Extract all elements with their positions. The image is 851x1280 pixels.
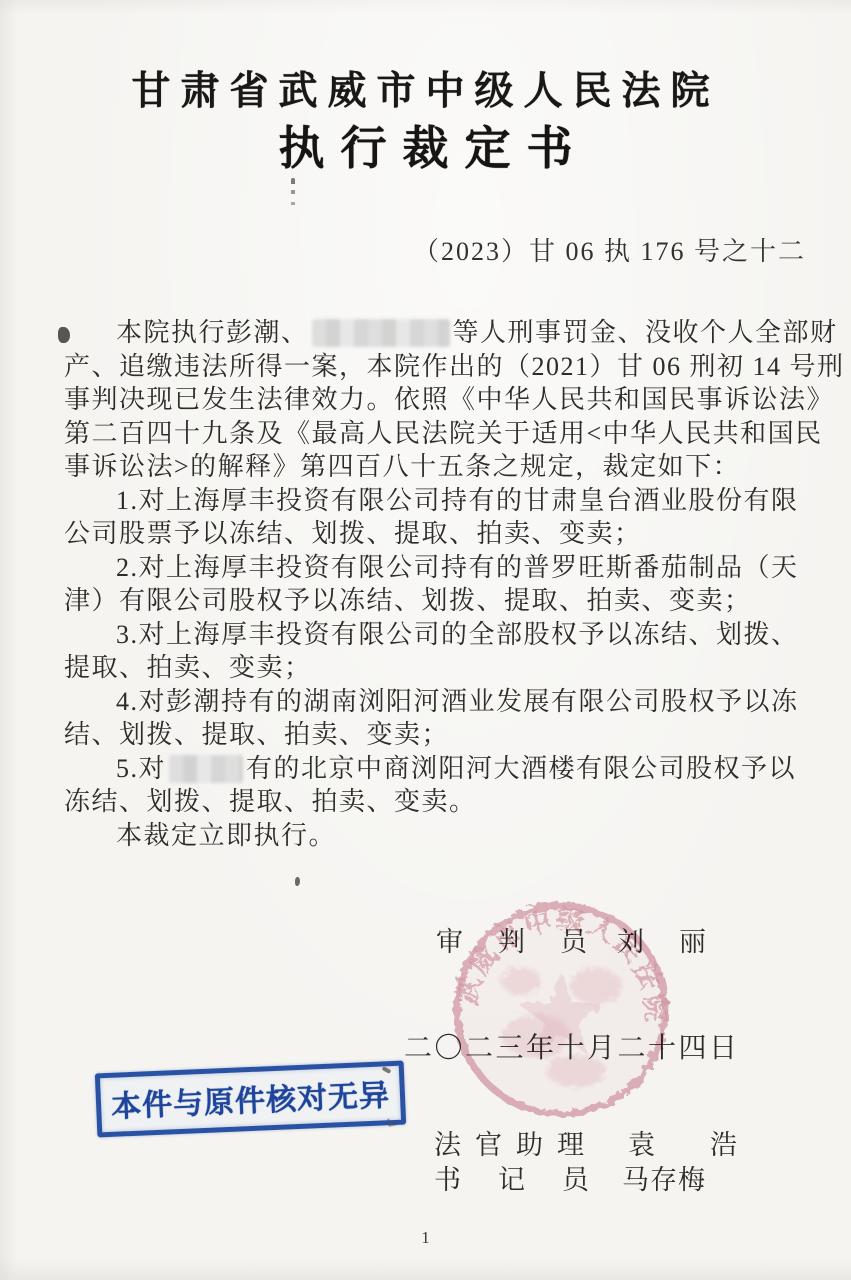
body-line: 3.对上海厚丰投资有限公司的全部股权予以冻结、划拨、 bbox=[64, 618, 794, 652]
body-line-text: 有的北京中商浏阳河大酒楼有限公司股权予以 bbox=[246, 754, 796, 783]
body-line-text: 3.对上海厚丰投资有限公司的全部股权予以冻结、划拨、 bbox=[116, 620, 799, 649]
body-line: 结、划拨、提取、拍卖、变卖； bbox=[64, 718, 794, 752]
body-line-text: 事诉讼法>的解释》第四百八十五条之规定，裁定如下： bbox=[64, 452, 740, 481]
body-line-text: 公司股票予以冻结、划拨、提取、拍卖、变卖； bbox=[64, 519, 642, 548]
body-line-text: 5.对 bbox=[116, 754, 166, 783]
ink-dot-artifact bbox=[295, 877, 300, 886]
body-line-text: 本院执行彭潮、 bbox=[116, 318, 309, 347]
body-line: 津）有限公司股权予以冻结、划拨、提取、拍卖、变卖； bbox=[64, 584, 794, 618]
scanned-court-document: 甘肃省武威市中级人民法院 执行裁定书 （2023）甘 06 执 176 号之十二… bbox=[0, 0, 851, 1280]
body-line-text: 结、划拨、提取、拍卖、变卖； bbox=[64, 720, 449, 749]
redaction-blur bbox=[169, 755, 243, 783]
body-text: 本院执行彭潮、等人刑事罚金、没收个人全部财产、追缴违法所得一案，本院作出的（20… bbox=[64, 316, 794, 852]
body-line: 5.对有的北京中商浏阳河大酒楼有限公司股权予以 bbox=[64, 752, 794, 786]
clerk-signature-row: 书 记 员马存梅 bbox=[434, 1158, 706, 1197]
body-line-text: 等人刑事罚金、没收个人全部财 bbox=[453, 318, 838, 347]
clerk-name: 马存梅 bbox=[622, 1165, 706, 1195]
court-title: 甘肃省武威市中级人民法院 bbox=[0, 60, 851, 116]
body-line-text: 本裁定立即执行。 bbox=[116, 821, 336, 850]
body-line-text: 产、追缴违法所得一案，本院作出的（2021）甘 06 刑初 14 号刑 bbox=[64, 352, 845, 381]
body-line: 4.对彭潮持有的湖南浏阳河酒业发展有限公司股权予以冻 bbox=[64, 685, 794, 719]
document-type-title: 执行裁定书 bbox=[0, 112, 851, 178]
ink-drip-artifact bbox=[291, 178, 295, 208]
body-line-text: 1.对上海厚丰投资有限公司持有的甘肃皇台酒业股份有限 bbox=[116, 486, 799, 515]
body-line: 1.对上海厚丰投资有限公司持有的甘肃皇台酒业股份有限 bbox=[64, 484, 794, 518]
judge-role-label: 审 判 员 bbox=[436, 927, 591, 957]
page-number: 1 bbox=[0, 1228, 851, 1248]
assistant-signature-row: 法官助理袁 浩 bbox=[434, 1123, 751, 1162]
ruling-date: 二〇二三年十月二十四日 bbox=[404, 1026, 740, 1066]
body-line: 2.对上海厚丰投资有限公司持有的普罗旺斯番茄制品（天 bbox=[64, 551, 794, 585]
body-line: 公司股票予以冻结、划拨、提取、拍卖、变卖； bbox=[64, 517, 794, 551]
body-line: 本裁定立即执行。 bbox=[64, 819, 794, 853]
body-line: 事诉讼法>的解释》第四百八十五条之规定，裁定如下： bbox=[64, 450, 794, 484]
verification-stamp: 本件与原件核对无异 bbox=[95, 1061, 406, 1138]
body-line: 提取、拍卖、变卖； bbox=[64, 651, 794, 685]
body-line: 产、追缴违法所得一案，本院作出的（2021）甘 06 刑初 14 号刑 bbox=[64, 350, 794, 384]
body-line-text: 提取、拍卖、变卖； bbox=[64, 653, 312, 682]
body-line-text: 2.对上海厚丰投资有限公司持有的普罗旺斯番茄制品（天 bbox=[116, 553, 799, 582]
case-number: （2023）甘 06 执 176 号之十二 bbox=[413, 231, 806, 268]
assistant-role-label: 法官助理 bbox=[434, 1130, 598, 1160]
judge-signature-row: 审 判 员刘 丽 bbox=[436, 920, 710, 959]
body-line: 第二百四十九条及《最高人民法院关于适用<中华人民共和国民 bbox=[64, 417, 794, 451]
body-line: 本院执行彭潮、等人刑事罚金、没收个人全部财 bbox=[64, 316, 794, 350]
body-line-text: 第二百四十九条及《最高人民法院关于适用<中华人民共和国民 bbox=[64, 419, 823, 448]
body-line-text: 事判决现已发生法律效力。依照《中华人民共和国民事诉讼法》 bbox=[64, 385, 834, 414]
body-line: 冻结、划拨、提取、拍卖、变卖。 bbox=[64, 785, 794, 819]
body-line: 事判决现已发生法律效力。依照《中华人民共和国民事诉讼法》 bbox=[64, 383, 794, 417]
body-line-text: 冻结、划拨、提取、拍卖、变卖。 bbox=[64, 787, 477, 816]
assistant-name: 袁 浩 bbox=[628, 1130, 751, 1160]
redaction-blur bbox=[312, 319, 450, 347]
body-line-text: 津）有限公司股权予以冻结、划拨、提取、拍卖、变卖； bbox=[64, 586, 752, 615]
clerk-role-label: 书 记 员 bbox=[434, 1165, 594, 1195]
judge-name: 刘 丽 bbox=[617, 927, 710, 957]
body-line-text: 4.对彭潮持有的湖南浏阳河酒业发展有限公司股权予以冻 bbox=[116, 687, 799, 716]
